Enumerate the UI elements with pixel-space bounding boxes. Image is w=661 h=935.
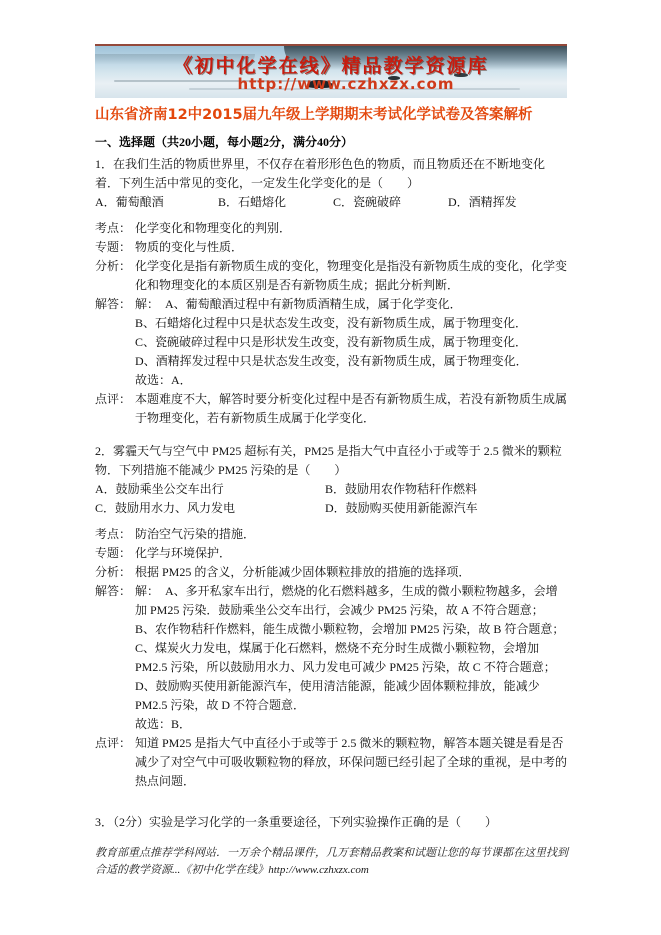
row-text: 化学变化和物理变化的判别． (135, 219, 567, 238)
row-text: 根据 PM25 的含义，分析能减少固体颗粒排放的措施的选择项． (135, 563, 567, 582)
row-label: 专题： (95, 544, 135, 563)
row-label: 分析： (95, 563, 135, 582)
row-label: 解答： (95, 582, 135, 734)
question-3-stem: 3．（2分）实验是学习化学的一条重要途径，下列实验操作正确的是（ ） (95, 813, 567, 832)
q1-row-zhuanti: 专题： 物质的变化与性质． (95, 238, 567, 257)
q2-row-zhuanti: 专题： 化学与环境保护． (95, 544, 567, 563)
answer-line: 解： A、葡萄酿酒过程中有新物质酒精生成，属于化学变化． (135, 295, 567, 314)
page-footer: 教育部重点推荐学科网站．一万余个精品课件，几万套精品教案和试题让您的每节课都在这… (95, 845, 571, 879)
row-text: 物质的变化与性质． (135, 238, 567, 257)
q2-row-dianping: 点评： 知道 PM25 是指大气中直径小于或等于 2.5 微米的颗粒物，解答本题… (95, 734, 567, 791)
row-text: 知道 PM25 是指大气中直径小于或等于 2.5 微米的颗粒物，解答本题关键是看… (135, 734, 567, 791)
row-text: 化学变化是指有新物质生成的变化，物理变化是指没有新物质生成的变化，化学变化和物理… (135, 257, 567, 295)
answer-line: B、石蜡熔化过程中只是状态发生改变，没有新物质生成，属于物理变化． (135, 314, 567, 333)
q1-option-a: A．葡萄酿酒 (95, 193, 218, 212)
answer-line: 故选：A． (135, 371, 567, 390)
question-1-stem: 1．在我们生活的物质世界里，不仅存在着形形色色的物质，而且物质还在不断地变化着．… (95, 155, 567, 193)
answer-line: B、农作物秸秆作燃料，能生成微小颗粒物，会增加 PM25 污染，故 B 符合题意… (135, 620, 567, 639)
answer-line: D、酒精挥发过程中只是状态发生改变，没有新物质生成，属于物理变化． (135, 352, 567, 371)
q2-row-fenxi: 分析： 根据 PM25 的含义，分析能减少固体颗粒排放的措施的选择项． (95, 563, 567, 582)
q2-option-d: D．鼓励购买使用新能源汽车 (325, 499, 567, 518)
q2-option-c: C．鼓励用水力、风力发电 (95, 499, 325, 518)
row-text: 化学与环境保护． (135, 544, 567, 563)
q2-option-b: B．鼓励用农作物秸秆作燃料 (325, 480, 567, 499)
document-title: 山东省济南12中2015届九年级上学期期末考试化学试卷及答案解析 (95, 103, 567, 124)
q2-option-a: A．鼓励乘坐公交车出行 (95, 480, 325, 499)
q2-row-kaodian: 考点： 防治空气污染的措施． (95, 525, 567, 544)
question-2-stem: 2．雾霾天气与空气中 PM25 超标有关，PM25 是指大气中直径小于或等于 2… (95, 442, 567, 480)
question-1-options: A．葡萄酿酒 B．石蜡熔化 C．瓷碗破碎 D．酒精挥发 (95, 193, 567, 212)
q1-row-jieda: 解答： 解： A、葡萄酿酒过程中有新物质酒精生成，属于化学变化． B、石蜡熔化过… (95, 295, 567, 390)
row-label: 分析： (95, 257, 135, 295)
row-label: 专题： (95, 238, 135, 257)
q1-row-kaodian: 考点： 化学变化和物理变化的判别． (95, 219, 567, 238)
answer-line: C、煤炭火力发电，煤属于化石燃料，燃烧不充分时生成微小颗粒物，会增加 PM2.5… (135, 639, 567, 677)
answer-line: 解： A、多开私家车出行，燃烧的化石燃料越多，生成的微小颗粒物越多，会增加 PM… (135, 582, 567, 620)
row-label: 点评： (95, 390, 135, 428)
q1-option-d: D．酒精挥发 (448, 193, 567, 212)
answer-line: 故选：B． (135, 715, 567, 734)
question-1-analysis: 考点： 化学变化和物理变化的判别． 专题： 物质的变化与性质． 分析： 化学变化… (95, 219, 567, 428)
question-3: 3．（2分）实验是学习化学的一条重要途径，下列实验操作正确的是（ ） (95, 813, 567, 832)
question-1: 1．在我们生活的物质世界里，不仅存在着形形色色的物质，而且物质还在不断地变化着．… (95, 155, 567, 428)
question-2: 2．雾霾天气与空气中 PM25 超标有关，PM25 是指大气中直径小于或等于 2… (95, 442, 567, 791)
row-label: 点评： (95, 734, 135, 791)
row-text: 防治空气污染的措施． (135, 525, 567, 544)
q2-row-jieda: 解答： 解： A、多开私家车出行，燃烧的化石燃料越多，生成的微小颗粒物越多，会增… (95, 582, 567, 734)
question-2-options: A．鼓励乘坐公交车出行 B．鼓励用农作物秸秆作燃料 C．鼓励用水力、风力发电 D… (95, 480, 567, 518)
q1-option-b: B．石蜡熔化 (218, 193, 333, 212)
banner-site-title: 《初中化学在线》精品教学资源库 (95, 51, 567, 78)
document-page: 《初中化学在线》精品教学资源库 http://www.czhxzx.com 山东… (0, 0, 661, 935)
site-banner: 《初中化学在线》精品教学资源库 http://www.czhxzx.com (95, 44, 567, 98)
section-heading: 一、选择题（共20小题，每小题2分，满分40分） (95, 133, 567, 152)
answer-line: C、瓷碗破碎过程中只是形状发生改变，没有新物质生成，属于物理变化． (135, 333, 567, 352)
row-label: 考点： (95, 219, 135, 238)
answer-line: D、鼓励购买使用新能源汽车，使用清洁能源，能减少固体颗粒排放，能减少 PM2.5… (135, 677, 567, 715)
q1-option-c: C．瓷碗破碎 (333, 193, 448, 212)
row-label: 考点： (95, 525, 135, 544)
question-2-analysis: 考点： 防治空气污染的措施． 专题： 化学与环境保护． 分析： 根据 PM25 … (95, 525, 567, 791)
q1-row-fenxi: 分析： 化学变化是指有新物质生成的变化，物理变化是指没有新物质生成的变化，化学变… (95, 257, 567, 295)
row-text: 本题难度不大，解答时要分析变化过程中是否有新物质生成，若没有新物质生成属于物理变… (135, 390, 567, 428)
q1-row-dianping: 点评： 本题难度不大，解答时要分析变化过程中是否有新物质生成，若没有新物质生成属… (95, 390, 567, 428)
banner-site-url-link[interactable]: http://www.czhxzx.com (125, 75, 567, 93)
row-label: 解答： (95, 295, 135, 390)
